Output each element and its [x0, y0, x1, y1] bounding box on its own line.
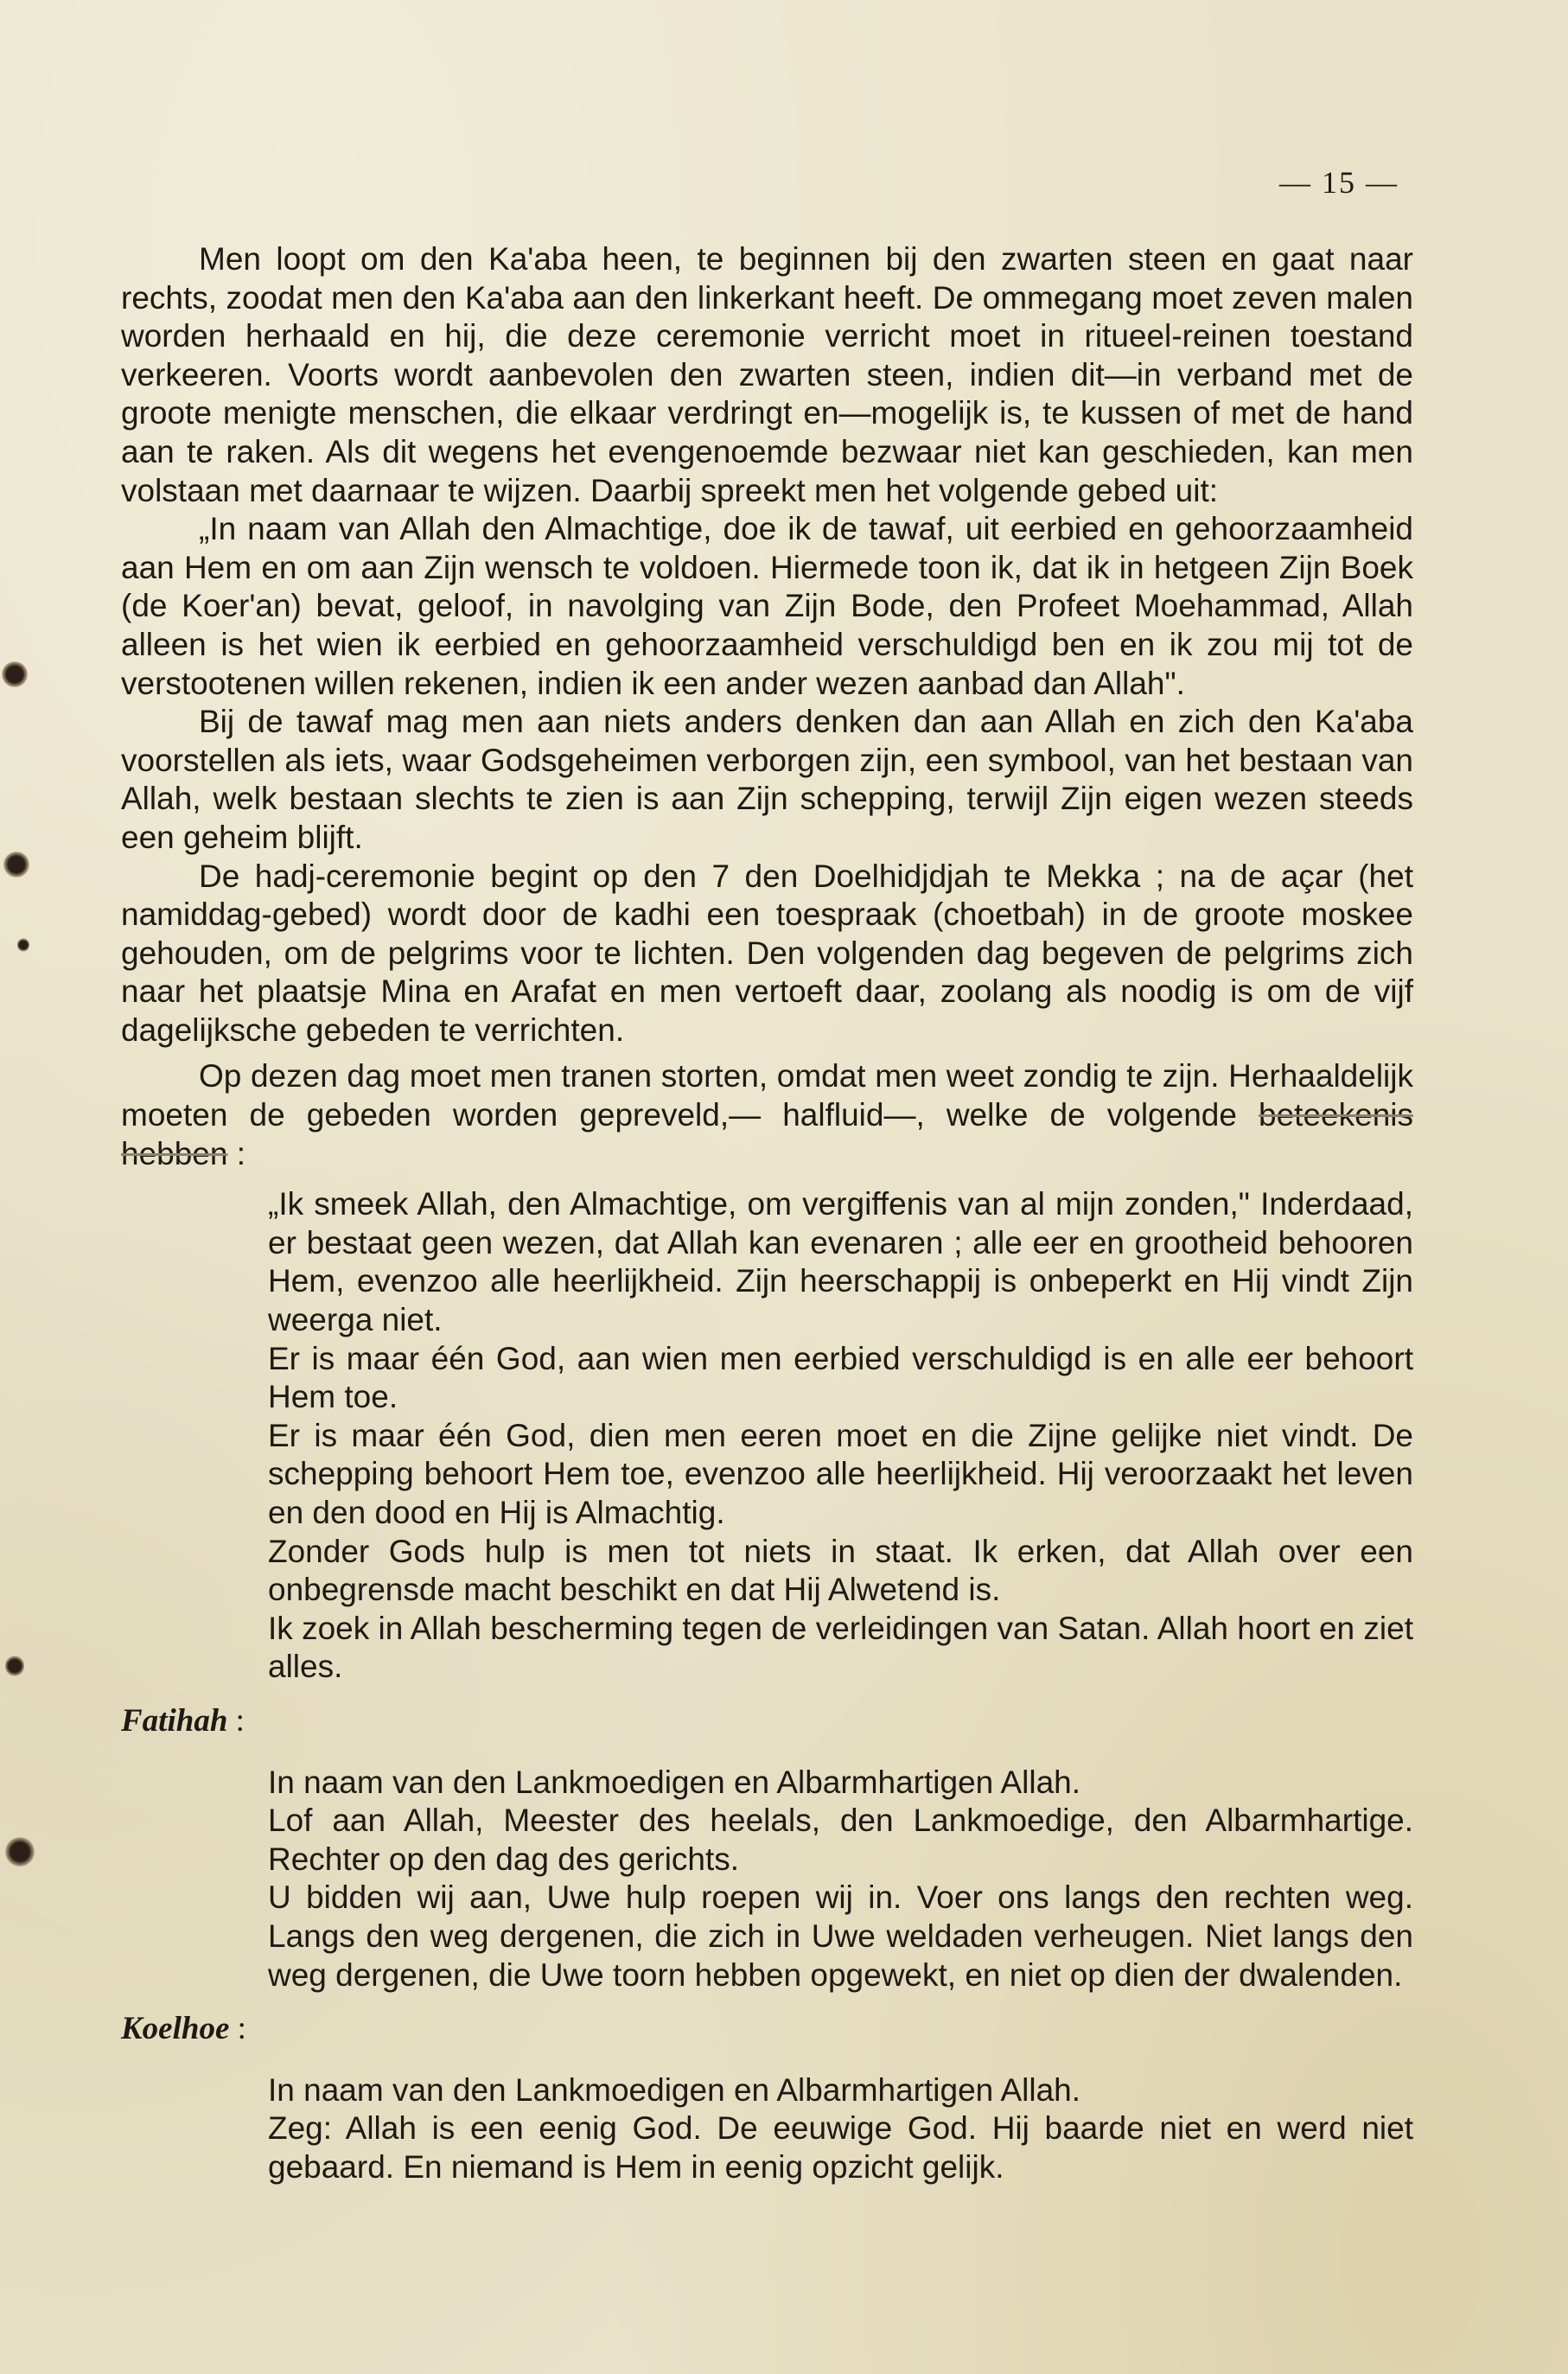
quote-protection: Ik zoek in Allah bescherming tegen de ve…	[268, 1610, 1413, 1687]
paragraph-repentance: Op dezen dag moet men tranen storten, om…	[121, 1057, 1413, 1173]
paragraph-hadj-ceremony: De hadj-ceremonie begint op den 7 den Do…	[121, 858, 1413, 1050]
koelhoe-line-2: Zeg: Allah is een eenig God. De eeuwige …	[268, 2109, 1413, 2186]
paragraph-tawaf-circuit: Men loopt om den Ka'aba heen, te beginne…	[121, 240, 1413, 510]
binding-hole-3	[17, 938, 29, 952]
prayer-quotes: „Ik smeek Allah, den Almachtige, om verg…	[121, 1185, 1413, 1687]
page-number: — 15 —	[1279, 164, 1399, 201]
quote-one-god-creation: Er is maar één God, dien men eeren moet …	[268, 1417, 1413, 1533]
koelhoe-line-1: In naam van den Lankmoedigen en Albarmha…	[268, 2071, 1413, 2110]
fatihah-line-2: Lof aan Allah, Meester des heelals, den …	[268, 1802, 1413, 1879]
binding-hole-5	[5, 1837, 35, 1867]
paragraph-tawaf-prayer: „In naam van Allah den Almachtige, doe i…	[121, 510, 1413, 703]
fatihah-line-3: U bidden wij aan, Uwe hulp roepen wij in…	[268, 1879, 1413, 1994]
repentance-text: Op dezen dag moet men tranen storten, om…	[121, 1058, 1413, 1133]
binding-hole-4	[5, 1656, 24, 1676]
repentance-colon: :	[227, 1136, 245, 1171]
page-body: Men loopt om den Ka'aba heen, te beginne…	[121, 240, 1413, 2187]
koelhoe-text: In naam van den Lankmoedigen en Albarmha…	[121, 2071, 1413, 2187]
binding-hole-1	[2, 661, 28, 687]
binding-hole-2	[3, 852, 29, 877]
quote-one-god-honor: Er is maar één God, aan wien men eerbied…	[268, 1340, 1413, 1417]
fatihah-text: In naam van den Lankmoedigen en Albarmha…	[121, 1764, 1413, 1995]
fatihah-line-1: In naam van den Lankmoedigen en Albarmha…	[268, 1764, 1413, 1803]
paragraph-tawaf-meditation: Bij de tawaf mag men aan niets anders de…	[121, 703, 1413, 857]
section-heading-fatihah: Fatihah :	[121, 1702, 1413, 1741]
quote-gods-help: Zonder Gods hulp is men tot niets in sta…	[268, 1533, 1413, 1610]
section-heading-koelhoe: Koelhoe :	[121, 2010, 1413, 2049]
quote-forgiveness: „Ik smeek Allah, den Almachtige, om verg…	[268, 1185, 1413, 1339]
